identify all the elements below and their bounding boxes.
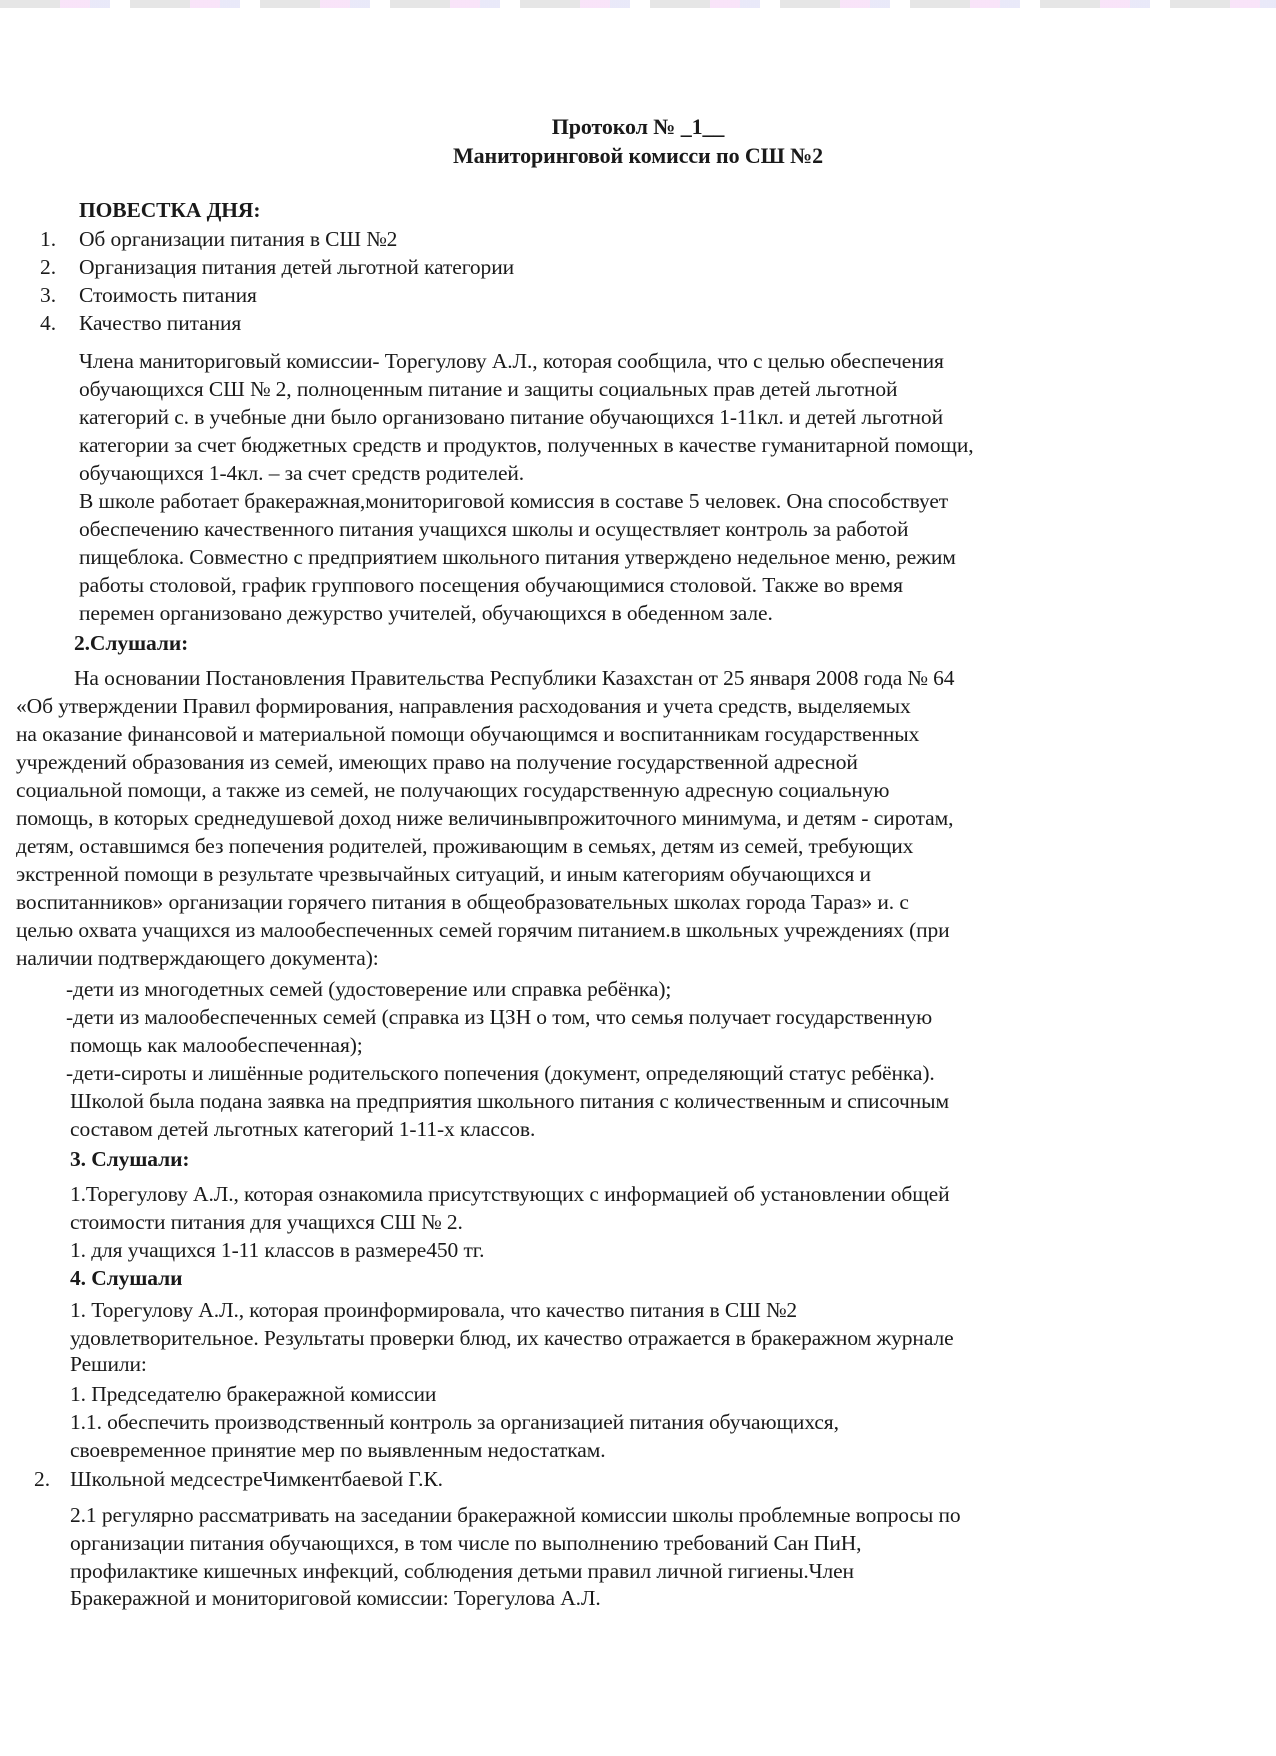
paragraph-line: 1. для учащихся 1-11 классов в размере45…: [70, 1237, 484, 1263]
paragraph-line: экстренной помощи в результате чрезвычай…: [16, 861, 871, 887]
paragraph-line: работы столовой, график группового посещ…: [79, 572, 903, 598]
paragraph-line: 1.1. обеспечить производственный контрол…: [70, 1409, 839, 1435]
paragraph-line: социальной помощи, а также из семей, не …: [16, 777, 889, 803]
bullet-line: -дети-сироты и лишённые родительского по…: [66, 1060, 935, 1086]
paragraph-line: целью охвата учащихся из малообеспеченны…: [16, 917, 950, 943]
signature-line: Бракеражной и мониториговой комиссии: То…: [70, 1585, 601, 1611]
paragraph-line: 2.1 регулярно рассматривать на заседании…: [70, 1502, 961, 1528]
paragraph-line: 1. Торегулову А.Л., которая проинформиро…: [70, 1297, 797, 1323]
paragraph-line: обучающихся СШ № 2, полноценным питание …: [79, 376, 897, 402]
agenda-item: Об организации питания в СШ №2: [79, 226, 397, 252]
paragraph-line: В школе работает бракеражная,мониторигов…: [79, 488, 948, 514]
paragraph-line: стоимости питания для учащихся СШ № 2.: [70, 1209, 463, 1235]
agenda-item-number: 3.: [40, 282, 56, 308]
paragraph-line: Школьной медсестреЧимкентбаевой Г.К.: [70, 1466, 443, 1492]
agenda-item: Стоимость питания: [79, 282, 257, 308]
decision-label: Решили:: [70, 1351, 147, 1377]
paragraph-line: составом детей льготных категорий 1-11-х…: [70, 1116, 535, 1142]
agenda-item-number: 4.: [40, 310, 56, 336]
paragraph-line: профилактике кишечных инфекций, соблюден…: [70, 1558, 854, 1584]
agenda-item-number: 1.: [40, 226, 56, 252]
section-3-heading: 3. Слушали:: [70, 1146, 189, 1172]
paragraph-line: 1.Торегулову А.Л., которая ознакомила пр…: [70, 1181, 950, 1207]
protocol-title: Протокол № _1__: [0, 114, 1276, 140]
paragraph-line: обеспечению качественного питания учащих…: [79, 516, 908, 542]
paragraph-line: категории за счет бюджетных средств и пр…: [79, 432, 974, 458]
paragraph-line: обучающихся 1-4кл. – за счет средств род…: [79, 460, 524, 486]
bullet-line: -дети из малообеспеченных семей (справка…: [66, 1004, 932, 1030]
paragraph-line: помощь, в которых среднедушевой доход ни…: [16, 805, 953, 831]
paragraph-line: 1. Председателю бракеражной комиссии: [70, 1381, 436, 1407]
paragraph-line: пищеблока. Совместно с предприятием школ…: [79, 544, 956, 570]
bullet-line: -дети из многодетных семей (удостоверени…: [66, 976, 671, 1002]
paragraph-line: наличии подтверждающего документа):: [16, 945, 379, 971]
agenda-item: Организация питания детей льготной катег…: [79, 254, 514, 280]
paragraph-line: учреждений образования из семей, имеющих…: [16, 749, 858, 775]
agenda-heading: ПОВЕСТКА ДНЯ:: [79, 197, 260, 223]
document-page: Протокол № _1__ Маниторинговой комисси п…: [0, 0, 1276, 1756]
bullet-line: помощь как малообеспеченная);: [70, 1032, 363, 1058]
paragraph-line: воспитанников» организации горячего пита…: [16, 889, 909, 915]
paragraph-line: «Об утверждении Правил формирования, нап…: [16, 693, 911, 719]
paragraph-line: организации питания обучающихся, в том ч…: [70, 1530, 861, 1556]
paragraph-line: перемен организовано дежурство учителей,…: [79, 600, 773, 626]
agenda-item-number: 2.: [40, 254, 56, 280]
paragraph-line: категорий с. в учебные дни было организо…: [79, 404, 943, 430]
paragraph-line: удовлетворительное. Результаты проверки …: [70, 1325, 954, 1351]
paragraph-line: детям, оставшимся без попечения родителе…: [16, 833, 913, 859]
paragraph-line: своевременное принятие мер по выявленным…: [70, 1437, 606, 1463]
paragraph-line: Члена маниториговый комиссии- Торегулову…: [79, 348, 944, 374]
protocol-subtitle: Маниторинговой комисси по СШ №2: [0, 143, 1276, 169]
section-4-heading: 4. Слушали: [70, 1265, 182, 1291]
decision-item-number: 2.: [34, 1466, 50, 1492]
paragraph-line: На основании Постановления Правительства…: [74, 665, 954, 691]
section-2-heading: 2.Слушали:: [74, 630, 188, 656]
paragraph-line: на оказание финансовой и материальной по…: [16, 721, 919, 747]
agenda-item: Качество питания: [79, 310, 241, 336]
paragraph-line: Школой была подана заявка на предприятия…: [70, 1088, 949, 1114]
